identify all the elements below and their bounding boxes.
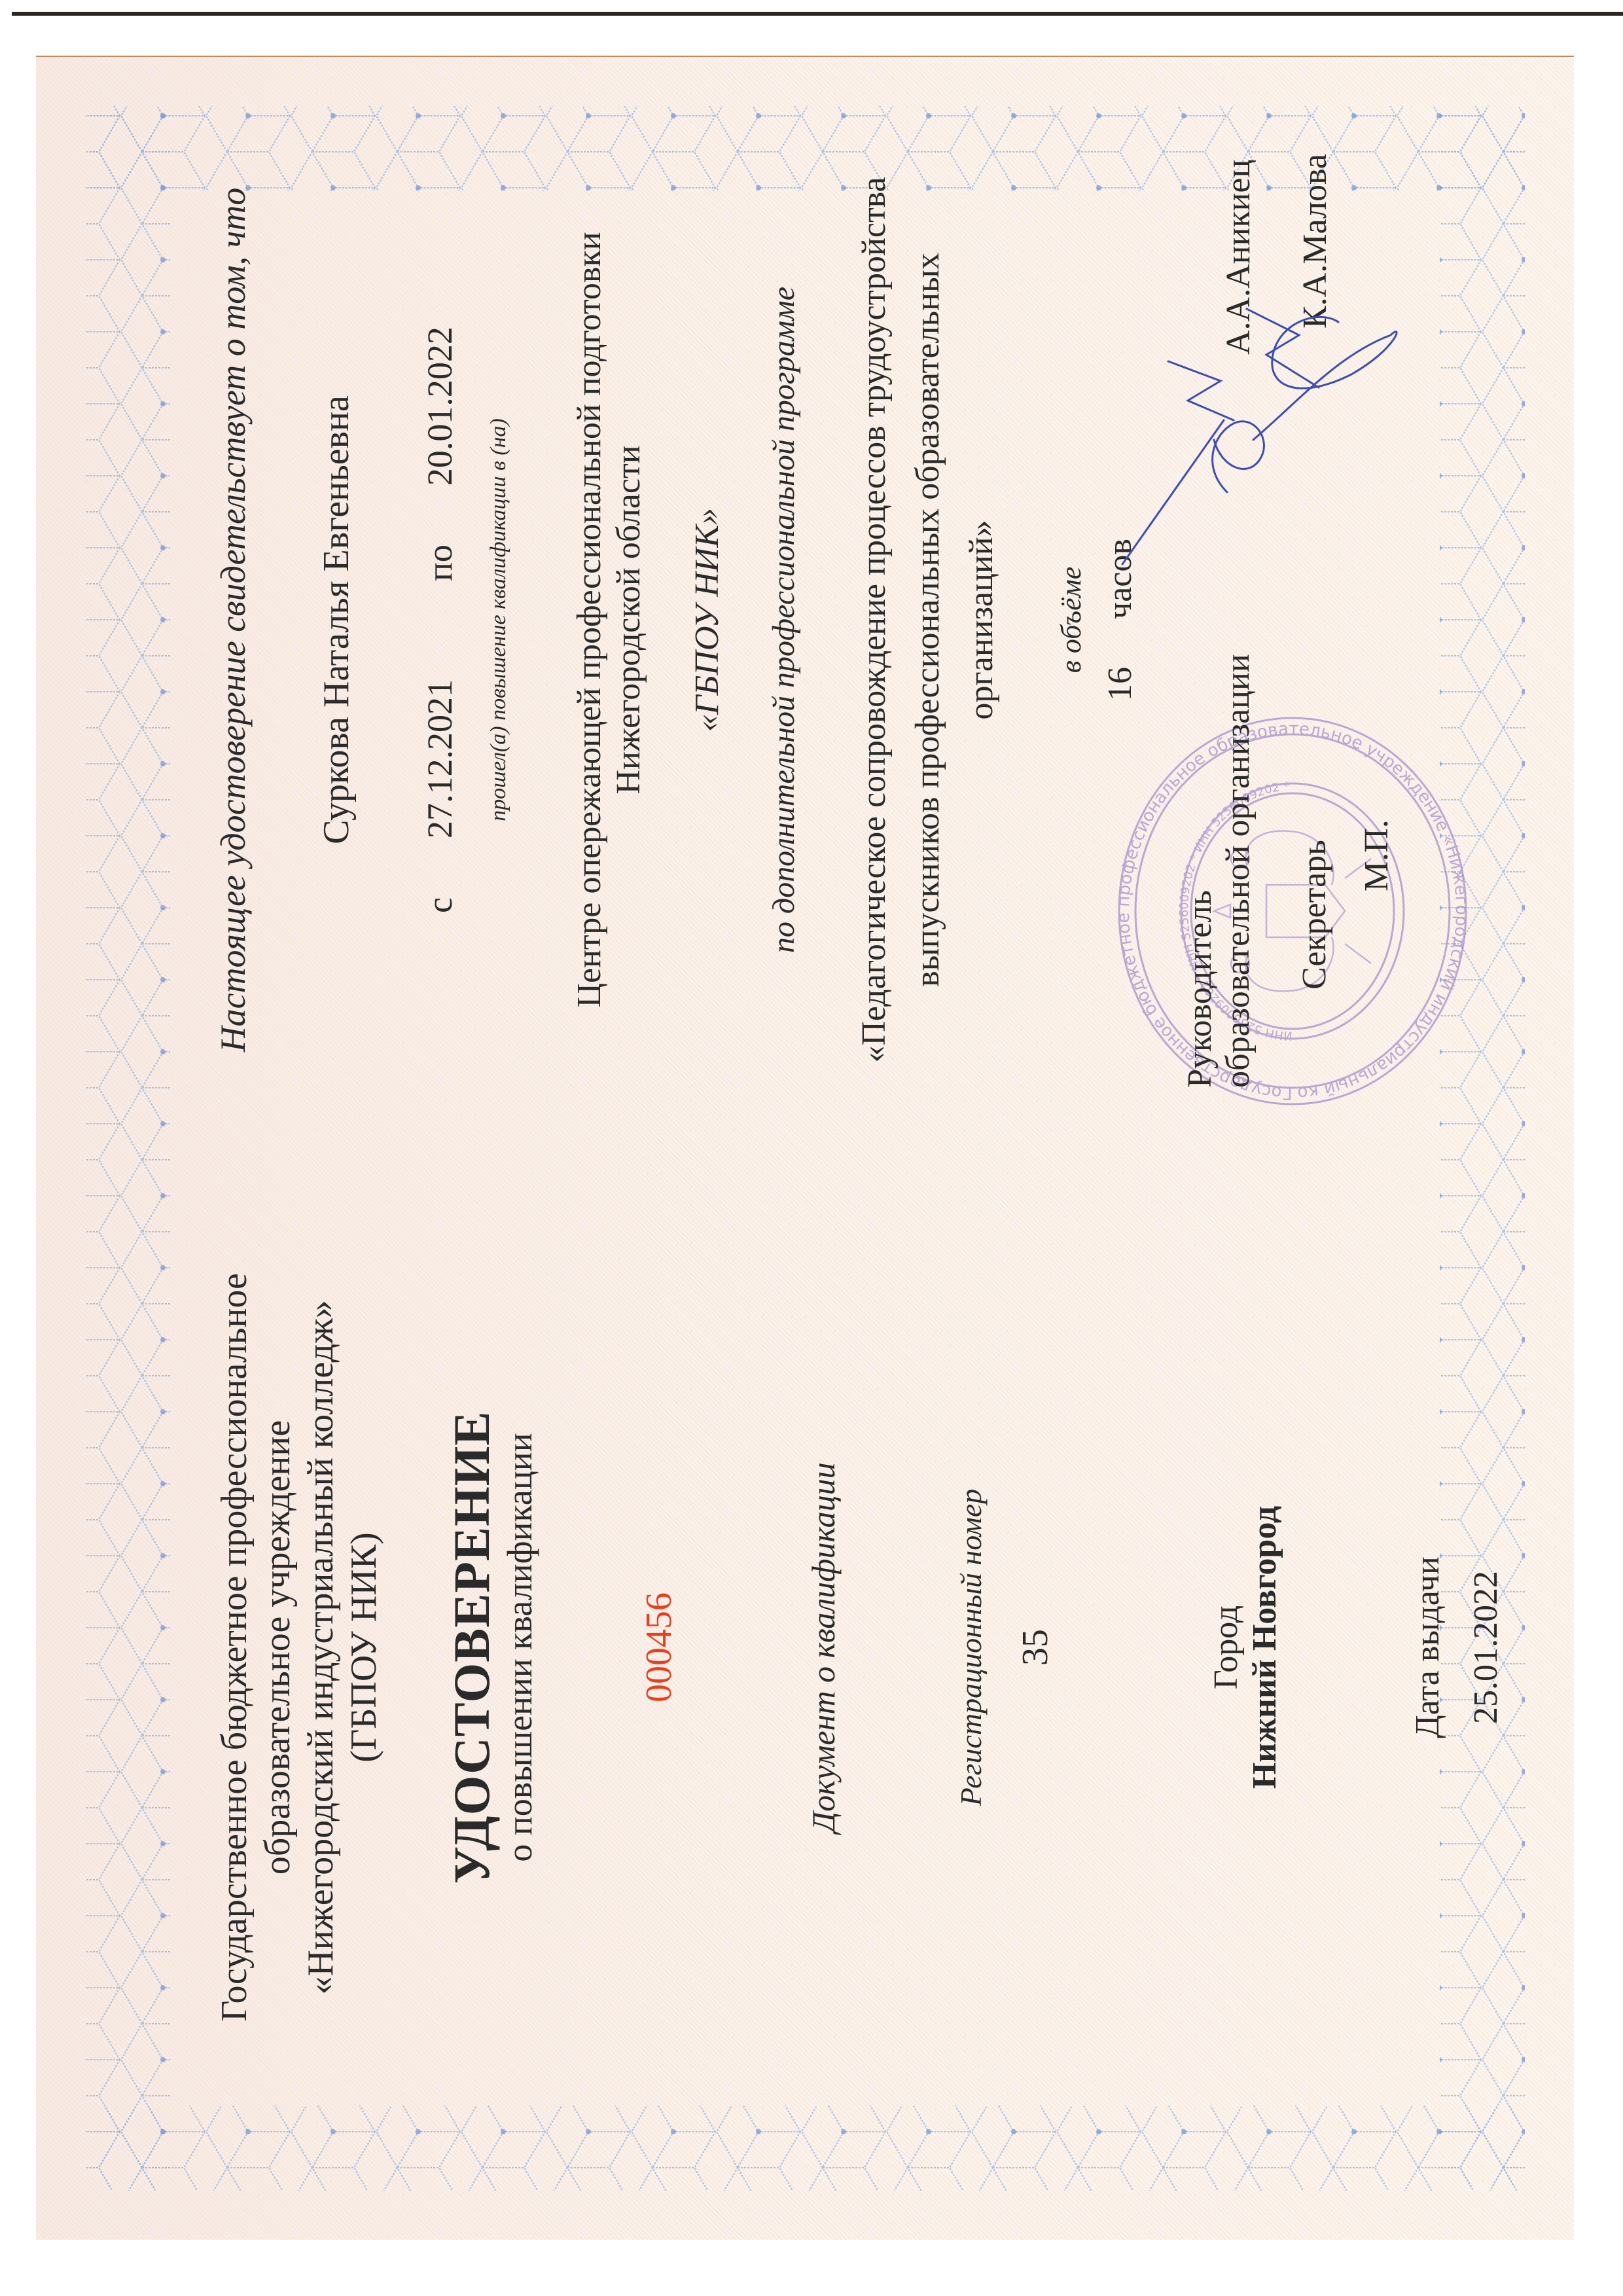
- hours-value: 16: [1101, 667, 1139, 701]
- volume-label: в объёме: [1054, 113, 1088, 1127]
- training-center-line-1: Центре опережающей профессиональной подг…: [570, 113, 609, 1127]
- left-panel: Государственное бюджетное профессиональн…: [213, 1140, 1505, 2155]
- registration-label: Регистрационный номер: [954, 1140, 988, 2155]
- stamp-outer-text: Государственное бюджетное профессиональн…: [1109, 719, 1471, 1114]
- official-stamp: Государственное бюджетное профессиональн…: [1109, 708, 1476, 1114]
- svg-text:Государственное бюджетное проф: Государственное бюджетное профессиональн…: [1109, 719, 1471, 1114]
- registration-number: 35: [1014, 1140, 1056, 2155]
- secretary-label: Секретарь: [1296, 840, 1334, 990]
- issuer-line-4: (ГБПОУ НИК): [342, 1140, 385, 2155]
- issue-date: 25.01.2022: [1467, 1140, 1505, 2155]
- certificate-paper: Государственное бюджетное профессиональн…: [36, 56, 1574, 2240]
- serial-number: 000456: [638, 1140, 680, 2155]
- program-line-3: организаций»: [955, 113, 1008, 1127]
- head-label-line-2: образовательной организации: [1219, 654, 1257, 1088]
- document-title: УДОСТОВЕРЕНИЕ: [444, 1140, 499, 2155]
- from-label: с: [419, 897, 460, 913]
- document-type: Документ о квалификации: [804, 1140, 842, 2155]
- seal-label: М.П.: [1358, 819, 1396, 891]
- issue-date-label: Дата выдачи: [1408, 1140, 1447, 2155]
- passed-text: прошел(а) повышение квалификации в (на): [486, 113, 511, 1127]
- training-center-short: «ГБПОУ НИК»: [688, 113, 726, 1127]
- recipient-name: Суркова Наталья Евгеньевна: [315, 113, 357, 1127]
- scan-edge: [12, 12, 1623, 16]
- issuer-line-3: «Нижегородский индустриальный колледж»: [299, 1140, 342, 2155]
- city-label: Город: [1207, 1140, 1245, 2155]
- right-panel: Настоящее удостоверение свидетельствует …: [213, 113, 1139, 1127]
- signature-scribble: [1103, 289, 1410, 571]
- certificate-sheet: Государственное бюджетное профессиональн…: [36, 57, 1574, 2240]
- intro-text: Настоящее удостоверение свидетельствует …: [213, 113, 253, 1127]
- head-label: Руководитель образовательной организации: [1181, 654, 1257, 1088]
- program-label: по дополнительной профессиональной прогр…: [766, 113, 802, 1127]
- issuer-line-1: Государственное бюджетное профессиональн…: [213, 1140, 256, 2155]
- document-subtitle: о повышении квалификации: [499, 1140, 540, 2155]
- program-line-1: «Педагогическое сопровождение процессов …: [847, 113, 901, 1127]
- date-to: 20.01.2022: [419, 327, 460, 486]
- city-value: Нижний Новгород: [1245, 1140, 1284, 2155]
- date-from: 27.12.2021: [419, 679, 460, 838]
- issuer-line-2: образовательное учреждение: [256, 1140, 299, 2155]
- training-center-line-2: Нижегородской области: [609, 113, 649, 1127]
- head-label-line-1: Руководитель: [1181, 654, 1219, 1088]
- program-line-2: выпускников профессиональных образовател…: [901, 113, 955, 1127]
- training-period: с 27.12.2021 по 20.01.2022: [419, 113, 460, 1127]
- to-label: по: [419, 545, 460, 581]
